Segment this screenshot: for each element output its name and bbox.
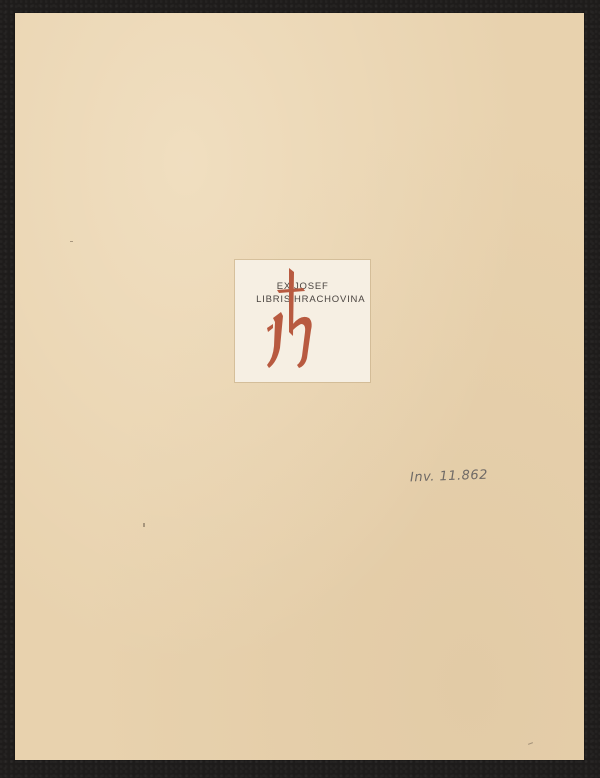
- paper-speck: [143, 523, 145, 527]
- paper-speck: [528, 742, 533, 745]
- jh-cross-monogram-icon: [263, 266, 319, 370]
- paper-sheet: EX LIBRIS JOSEF HRACHOVINA Inv. 11.862: [15, 13, 584, 760]
- paper-speck: [70, 241, 73, 242]
- ex-libris-bookplate: EX LIBRIS JOSEF HRACHOVINA: [235, 260, 370, 382]
- inventory-number-annotation: Inv. 11.862: [410, 468, 488, 486]
